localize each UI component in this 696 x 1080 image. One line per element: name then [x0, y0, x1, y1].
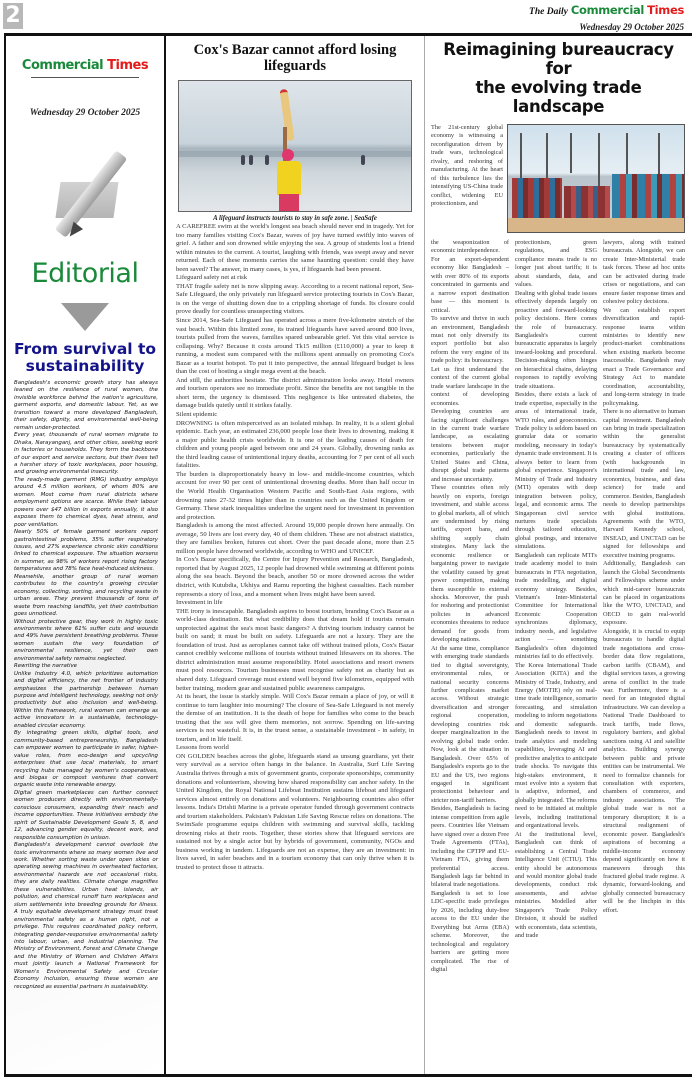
- article-subhead: Investment in life: [176, 599, 414, 608]
- editorial-paragraph: Every year, thousands of rural women mig…: [14, 432, 158, 477]
- article-paragraph: the weaponization of economic interdepen…: [431, 239, 509, 256]
- photo-rescue-board: [279, 89, 294, 142]
- photo-swimmer: [361, 155, 365, 165]
- photo-swimmer: [265, 155, 269, 165]
- lifeguard-article: Cox's Bazar cannot afford losing lifegua…: [168, 36, 422, 1074]
- article-paragraph: ON GOLDEN beaches across the globe, life…: [176, 753, 414, 873]
- article-paragraph: Since 2014, Sea-Safe Lifeguard has opera…: [176, 317, 414, 377]
- arrow-down-icon: [61, 303, 109, 331]
- article-paragraph: To survive and thrive in such an environ…: [431, 315, 509, 366]
- article-paragraph: Bangladesh is among the most affected. A…: [176, 522, 414, 556]
- bureaucracy-column-2: protectionism, green regulations, and ES…: [515, 239, 597, 941]
- article-paragraph: DROWNING is often misperceived as an iso…: [176, 420, 414, 471]
- masthead-prefix: The Daily: [529, 7, 568, 17]
- article-paragraph: A CAREFREE swim at the world's longest s…: [176, 223, 414, 274]
- article-paragraph: THAT fragile safety net is now slipping …: [176, 283, 414, 317]
- article-paragraph: At the same time, compliance with emergi…: [431, 645, 509, 806]
- lifeguard-headline: Cox's Bazar cannot afford losing lifegua…: [174, 42, 416, 74]
- article-paragraph: protectionism, green regulations, and ES…: [515, 239, 597, 290]
- editorial-brand-times: Times: [107, 58, 148, 73]
- editorial-paragraph: Meanwhile, another group of rural women …: [14, 574, 158, 619]
- article-paragraph: We can establish export diversification …: [603, 307, 685, 408]
- photo-container-stack: [512, 178, 562, 218]
- brand-divider: [31, 77, 139, 78]
- article-paragraph: There is no alternative to human capital…: [603, 408, 685, 560]
- article-paragraph: Alongside, it is crucial to equip bureau…: [603, 628, 685, 915]
- article-paragraph: lawyers, along with trained bureaucrats.…: [603, 239, 685, 307]
- page-number: 2: [3, 3, 23, 29]
- editorial-paragraph: Unlike Industry 4.0, which prioritizes a…: [14, 671, 158, 731]
- article-paragraph: Besides, Bangladesh is facing intense co…: [431, 805, 509, 890]
- editorial-headline-line1: From survival to: [6, 341, 164, 358]
- article-subhead: Silent epidemic: [176, 411, 414, 420]
- article-paragraph: At its heart, the issue is starkly simpl…: [176, 693, 414, 744]
- editorial-paragraph: Without protective gear, they work in hi…: [14, 619, 158, 664]
- editorial-headline-line2: sustainability: [6, 358, 164, 375]
- article-paragraph: And still, the authorities hesitate. The…: [176, 377, 414, 411]
- article-subhead: Lessons from world: [176, 744, 414, 753]
- fountain-pen-icon: [6, 124, 168, 254]
- photo-light-pole: [546, 133, 548, 179]
- editorial-column: Commercial Times Wednesday 29 October 20…: [4, 36, 166, 1074]
- editorial-paragraph: Bangladesh's economic growth story has a…: [14, 380, 158, 432]
- bureaucracy-column-3: lawyers, along with trained bureaucrats.…: [603, 239, 685, 915]
- editorial-paragraph: The ready-made garment (RMG) industry em…: [14, 477, 158, 529]
- photo-light-pole: [598, 133, 600, 187]
- editorial-paragraph: Bangladesh's development cannot overlook…: [14, 842, 158, 991]
- article-paragraph: Additionally, Bangladesh can launch the …: [603, 560, 685, 628]
- photo-light-pole: [520, 133, 522, 183]
- masthead-brand-commercial: Commercial: [571, 3, 644, 17]
- editorial-paragraph: Nearly 50% of female garment workers rep…: [14, 529, 158, 574]
- photo-swimmer: [241, 155, 245, 165]
- lifeguard-photo: [178, 80, 412, 212]
- photo-caption: A lifeguard instructs tourists to stay i…: [174, 215, 416, 222]
- article-paragraph: Developing countries are facing signific…: [431, 408, 509, 484]
- article-paragraph: In Cox's Bazar specifically, the Centre …: [176, 556, 414, 599]
- masthead: The Daily Commercial Times Wednesday 29 …: [529, 2, 684, 32]
- photo-guard-head: [282, 149, 294, 161]
- bureaucracy-headline-line2: the evolving trade landscape: [431, 78, 686, 116]
- bureaucracy-column-1: the weaponization of economic interdepen…: [431, 239, 509, 974]
- editorial-subhead: Rewriting the narrative: [14, 663, 158, 670]
- photo-guard-legs: [279, 194, 299, 212]
- photo-ground: [508, 218, 684, 232]
- editorial-brand: Commercial Times: [6, 58, 164, 73]
- article-paragraph: The burden is disproportionately heavy i…: [176, 471, 414, 522]
- article-paragraph: Bangladesh can replicate MTI's trade aca…: [515, 552, 597, 662]
- bureaucracy-headline: Reimagining bureaucracy for the evolving…: [431, 40, 686, 116]
- masthead-date: Wednesday 29 October 2025: [529, 22, 684, 32]
- photo-wave: [179, 151, 411, 157]
- article-subhead: Lifeguard safety net at risk: [176, 274, 414, 283]
- masthead-brand-times: Times: [647, 3, 684, 17]
- editorial-headline: From survival to sustainability: [6, 341, 164, 375]
- article-paragraph: For an export-dependent economy like Ban…: [431, 256, 509, 315]
- photo-container-stack: [612, 174, 684, 218]
- bureaucracy-intro: The 21st-century global economy is witne…: [431, 124, 503, 209]
- editorial-body: Bangladesh's economic growth story has a…: [14, 380, 158, 991]
- editorial-paragraph: Digital green marketplaces can further c…: [14, 790, 158, 842]
- article-paragraph: Besides, there exists a lack of trade ex…: [515, 391, 597, 552]
- bureaucracy-headline-line1: Reimagining bureaucracy for: [431, 40, 686, 78]
- photo-light-pole: [626, 133, 628, 177]
- article-paragraph: The 21st-century global economy is witne…: [431, 124, 503, 209]
- bureaucracy-article: Reimagining bureaucracy for the evolving…: [424, 36, 692, 1074]
- article-paragraph: The Korea International Trade Associatio…: [515, 662, 597, 831]
- photo-container-stack: [564, 186, 610, 218]
- lifeguard-body: A CAREFREE swim at the world's longest s…: [174, 223, 416, 873]
- photo-swimmer: [249, 155, 253, 165]
- article-paragraph: Dealing with global trade issues effecti…: [515, 290, 597, 391]
- container-port-photo: [507, 124, 685, 233]
- photo-guard-body: [277, 161, 301, 195]
- article-paragraph: Bangladesh is set to lose LDC-specific t…: [431, 890, 509, 975]
- article-paragraph: THE irony is inescapable. Bangladesh asp…: [176, 608, 414, 693]
- article-paragraph: At the institutional level, Bangladesh c…: [515, 831, 597, 941]
- photo-light-pole: [570, 133, 572, 173]
- editorial-paragraph: By integrating green skills, digital too…: [14, 730, 158, 790]
- article-paragraph: These countries often rely heavily on ex…: [431, 484, 509, 645]
- editorial-date: Wednesday 29 October 2025: [6, 108, 164, 118]
- section-label-editorial: Editorial: [6, 258, 164, 289]
- article-paragraph: Let us first understand the context of t…: [431, 366, 509, 408]
- editorial-brand-commercial: Commercial: [22, 58, 103, 73]
